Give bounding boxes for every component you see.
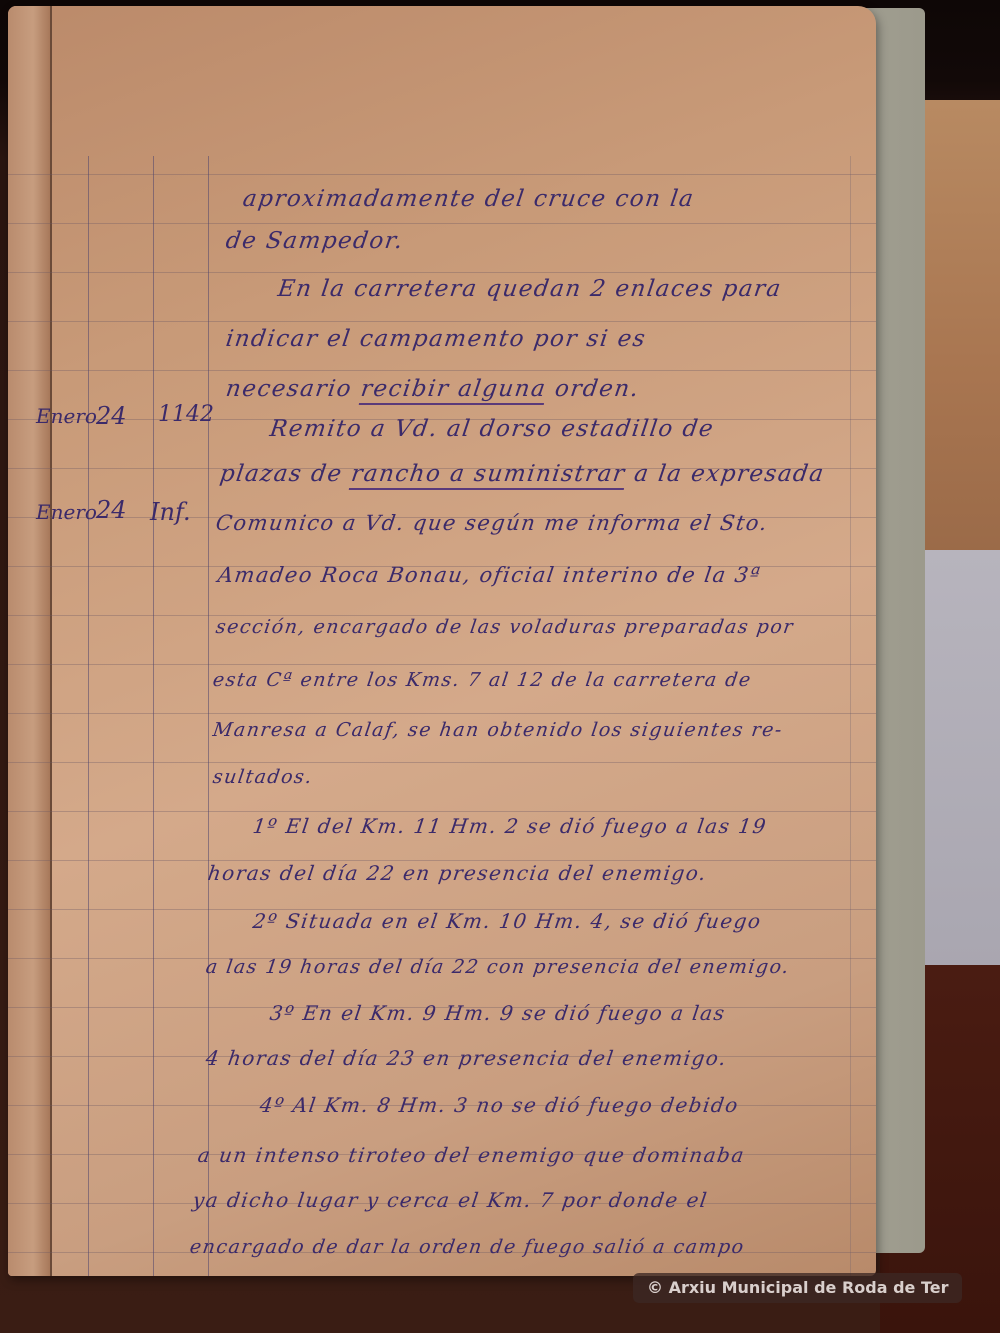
ruled-line bbox=[8, 272, 876, 273]
ruled-line bbox=[8, 713, 876, 714]
text-line: plazas de rancho a suministrar a la expr… bbox=[218, 461, 826, 487]
entry-number: Inf. bbox=[150, 498, 191, 526]
ruled-line bbox=[8, 223, 876, 224]
text-line: esta Cª entre los Kms. 7 al 12 de la car… bbox=[211, 669, 753, 691]
text-line: 1º El del Km. 11 Hm. 2 se dió fuego a la… bbox=[251, 814, 768, 838]
text-line: sultados. bbox=[211, 766, 314, 788]
text-line: Comunico a Vd. que según me informa el S… bbox=[214, 511, 769, 535]
ruled-line bbox=[8, 370, 876, 371]
text-line: 4 horas del día 23 en presencia del enem… bbox=[204, 1046, 728, 1070]
text-fragment: a la expresada bbox=[624, 461, 827, 487]
text-line: En la carretera quedan 2 enlaces para bbox=[276, 276, 783, 302]
text-line: a las 19 horas del día 22 con presencia … bbox=[204, 956, 791, 978]
column-divider-month bbox=[88, 156, 89, 1276]
copyright-watermark: © Arxiu Municipal de Roda de Ter bbox=[633, 1273, 962, 1303]
text-line: encargado de dar la orden de fuego salió… bbox=[188, 1236, 746, 1258]
text-line: de Sampedor. bbox=[224, 228, 405, 254]
text-fragment: necesario bbox=[224, 376, 363, 402]
text-line: necesario recibir alguna orden. bbox=[224, 376, 641, 402]
entry-number: 1142 bbox=[158, 402, 214, 427]
entry-day: 24 bbox=[96, 496, 127, 524]
text-line: Remito a Vd. al dorso estadillo de bbox=[268, 416, 716, 442]
entry-month: Enero bbox=[36, 500, 97, 524]
text-fragment: plazas de bbox=[218, 461, 353, 487]
text-line: a un intenso tiroteo del enemigo que dom… bbox=[196, 1143, 746, 1167]
ruled-line bbox=[8, 811, 876, 812]
underlined-text: recibir alguna bbox=[359, 376, 548, 405]
text-line: indicar el campamento por si es bbox=[224, 326, 648, 352]
ruled-line bbox=[8, 174, 876, 175]
column-divider-day bbox=[153, 156, 154, 1276]
text-line: sección, encargado de las voladuras prep… bbox=[214, 616, 795, 638]
text-line: 2º Situada en el Km. 10 Hm. 4, se dió fu… bbox=[251, 909, 763, 933]
text-line: 4º Al Km. 8 Hm. 3 no se dió fuego debido bbox=[258, 1093, 740, 1117]
text-line: horas del día 22 en presencia del enemig… bbox=[206, 861, 708, 885]
text-line: aproximadamente del cruce con la bbox=[241, 186, 696, 212]
ruled-line bbox=[8, 321, 876, 322]
column-divider-number bbox=[208, 156, 209, 1276]
text-line: ya dicho lugar y cerca el Km. 7 por dond… bbox=[191, 1188, 709, 1212]
underlined-text: rancho a suministrar bbox=[349, 461, 627, 490]
ruled-line bbox=[8, 664, 876, 665]
background-box bbox=[925, 550, 1000, 970]
facing-page-edge bbox=[8, 6, 52, 1276]
ruled-line bbox=[8, 762, 876, 763]
entry-month: Enero bbox=[36, 404, 97, 428]
text-line: 3º En el Km. 9 Hm. 9 se dió fuego a las bbox=[268, 1001, 727, 1025]
entry-day: 24 bbox=[96, 402, 127, 430]
ledger-page: Enero 24 1142 Enero 24 Inf. aproximadame… bbox=[8, 6, 876, 1276]
text-line: Amadeo Roca Bonau, oficial interino de l… bbox=[216, 563, 763, 587]
right-margin-line bbox=[850, 156, 851, 1276]
text-line: Manresa a Calaf, se han obtenido los sig… bbox=[211, 719, 784, 741]
text-fragment: orden. bbox=[544, 376, 641, 402]
background-folder bbox=[920, 100, 1000, 560]
